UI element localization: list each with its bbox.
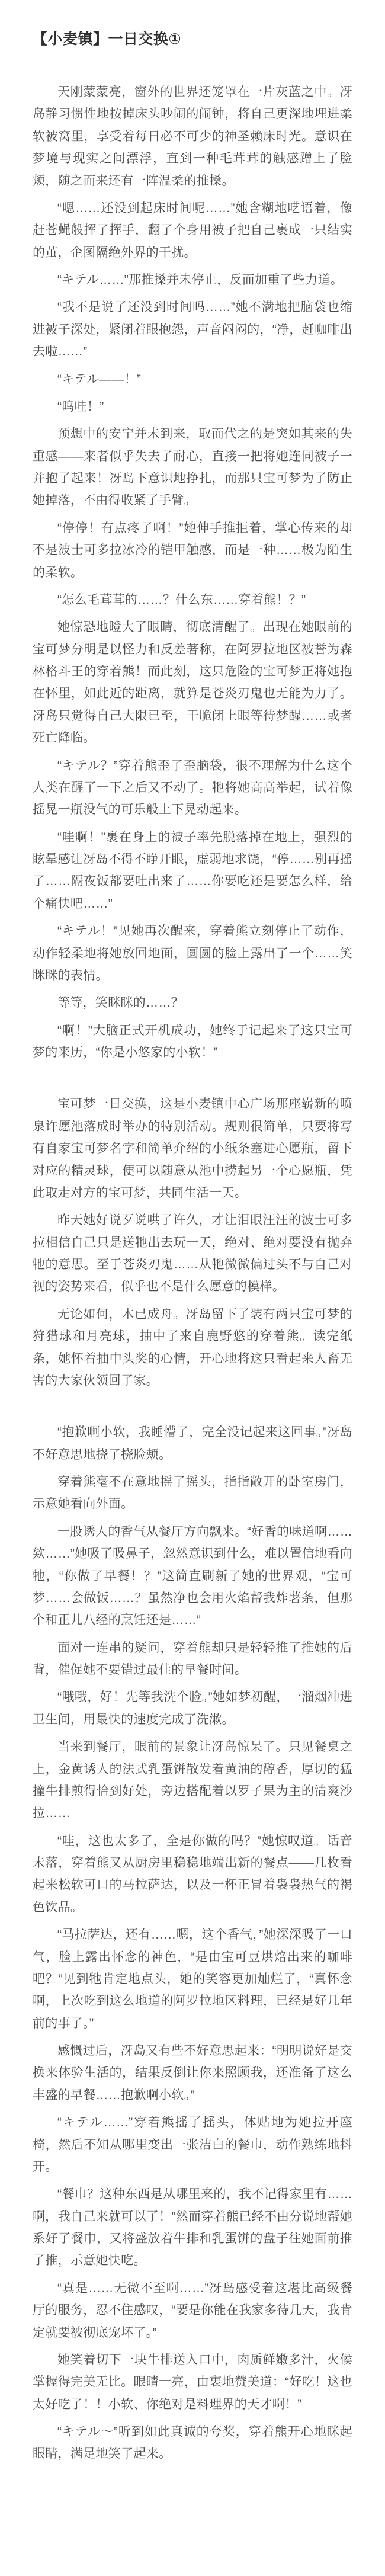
paragraph: “马拉萨达，还有……嗯，这个香气，”她深深吸了一口气，脸上露出怀念的神色，“是由… <box>33 1924 352 2034</box>
paragraph: 穿着熊毫不在意地摇了摇头，指指敞开的卧室房门，示意她看向外面。 <box>33 1471 352 1516</box>
paragraph: 她惊恐地瞪大了眼睛，彻底清醒了。出现在她眼前的宝可梦分明是以怪力和反差著称，在阿… <box>33 616 352 749</box>
paragraph: “停停！有点疼了啊！”她伸手推拒着，掌心传来的却不是波士可多拉冰冷的铠甲触感，而… <box>33 517 352 584</box>
paragraph: 宝可梦一日交换，这是小麦镇中心广场那座崭新的喷泉许愿池落成时举办的特别活动。规则… <box>33 1093 352 1204</box>
paragraph: “キテル——！” <box>33 369 352 390</box>
page-title: 【小麦镇】一日交换① <box>33 27 352 49</box>
paragraph: “哦哦，好！先等我洗个脸。”她如梦初醒，一溜烟冲进卫生间，用最快的速度完成了洗漱… <box>33 1686 352 1731</box>
story-section: 天刚蒙蒙亮，窗外的世界还笼罩在一片灰蓝之中。冴岛静习惯性地按掉床头吵闹的闹钟，将… <box>33 81 352 1063</box>
paragraph: 昨天她好说歹说哄了许久，才让泪眼汪汪的波士可多拉相信自己只是送牠出去玩一天，绝对… <box>33 1209 352 1298</box>
paragraph: “嗯……还没到起床时间呢……”她含糊地呓语着，像赶苍蝇般挥了挥手，翻了个身用被子… <box>33 197 352 264</box>
story-content: 天刚蒙蒙亮，窗外的世界还笼罩在一片灰蓝之中。冴岛静习惯性地按掉床头吵闹的闹钟，将… <box>0 73 385 2542</box>
paragraph: 等等，笑眯眯的……？ <box>33 992 352 1014</box>
story-section: 宝可梦一日交换，这是小麦镇中心广场那座崭新的喷泉许愿池落成时举办的特别活动。规则… <box>33 1093 352 1392</box>
paragraph: “怎么毛茸茸的……？什么东……穿着熊！？” <box>33 589 352 611</box>
paragraph: 一股诱人的香气从餐厅方向飘来。“好香的味道啊……欸……”她吸了吸鼻子，忽然意识到… <box>33 1521 352 1632</box>
title-divider <box>7 62 378 62</box>
paragraph: “真是……无微不至啊……”冴岛感受着这堪比高级餐厅的服务，忍不住感叹，“要是你能… <box>33 2277 352 2344</box>
paragraph: “抱歉啊小软，我睡懵了，完全没记起来这回事。”冴岛不好意思地挠了挠脸颊。 <box>33 1421 352 1466</box>
paragraph: “キテル～”听到如此真诚的夸奖，穿着熊开心地眯起眼睛，满足地笑了起来。 <box>33 2421 352 2465</box>
paragraph: “キテル？”穿着熊歪了歪脑袋，很不理解为什么这个人类在醒了一下之后又不动了。牠将… <box>33 755 352 821</box>
paragraph: “我不是说了还没到时间吗……”她不满地把脑袋也缩进被子深处，紧闭着眼抱怨，声音闷… <box>33 296 352 363</box>
paragraph: “餐巾？这种东西是从哪里来的，我不记得家里有……啊，我自己来就可以了！”然而穿着… <box>33 2183 352 2272</box>
paragraph: “キテル……”穿着熊摇了摇头，体贴地为她拉开座椅，然后不知从哪里变出一张洁白的餐… <box>33 2112 352 2178</box>
paragraph: 天刚蒙蒙亮，窗外的世界还笼罩在一片灰蓝之中。冴岛静习惯性地按掉床头吵闹的闹钟，将… <box>33 81 352 192</box>
paragraph: 感慨过后，冴岛又有些不好意思起来：“明明说好是交换来体验生活的，结果反倒让你来照… <box>33 2040 352 2106</box>
paragraph: 当来到餐厅，眼前的景象让冴岛惊呆了。只见餐桌之上，金黄诱人的法式乳蛋饼散发着黄油… <box>33 1736 352 1825</box>
document-page: 【小麦镇】一日交换① 天刚蒙蒙亮，窗外的世界还笼罩在一片灰蓝之中。冴岛静习惯性地… <box>0 0 385 2576</box>
paragraph: “哇，这也太多了，全是你做的吗？”她惊叹道。话音未落，穿着熊又从厨房里稳稳地端出… <box>33 1830 352 1919</box>
paragraph: 预想中的安宁并未到来，取而代之的是突如其来的失重感——来者似乎失去了耐心，直接一… <box>33 423 352 512</box>
paragraph: “啊！”大脑正式开机成功，她终于记起来了这只宝可梦的来历，“你是小悠家的小软！” <box>33 1020 352 1064</box>
paragraph: “キテル！”见她再次醒来，穿着熊立刻停止了动作，动作轻柔地将她放回地面，圆圆的脸… <box>33 920 352 986</box>
paragraph: 她笑着切下一块牛排送入口中，肉质鲜嫩多汁，火候掌握得完美无比。眼睛一亮，由衷地赞… <box>33 2349 352 2415</box>
story-section: “抱歉啊小软，我睡懵了，完全没记起来这回事。”冴岛不好意思地挠了挠脸颊。穿着熊毫… <box>33 1421 352 2465</box>
paragraph: “呜哇！” <box>33 396 352 418</box>
paragraph: 无论如何，木已成舟。冴岛留下了装有两只宝可梦的狩猎球和月亮球，抽中了来自鹿野悠的… <box>33 1303 352 1392</box>
paragraph: 面对一连串的疑问，穿着熊却只是轻轻推了推她的后背，催促她不要错过最佳的早餐时间。 <box>33 1637 352 1681</box>
paragraph: “哇啊！”裹在身上的被子率先脱落掉在地上，强烈的眩晕感让冴岛不得不睁开眼，虚弱地… <box>33 826 352 915</box>
paragraph: “キテル……”那推搡并未停止，反而加重了些力道。 <box>33 269 352 291</box>
